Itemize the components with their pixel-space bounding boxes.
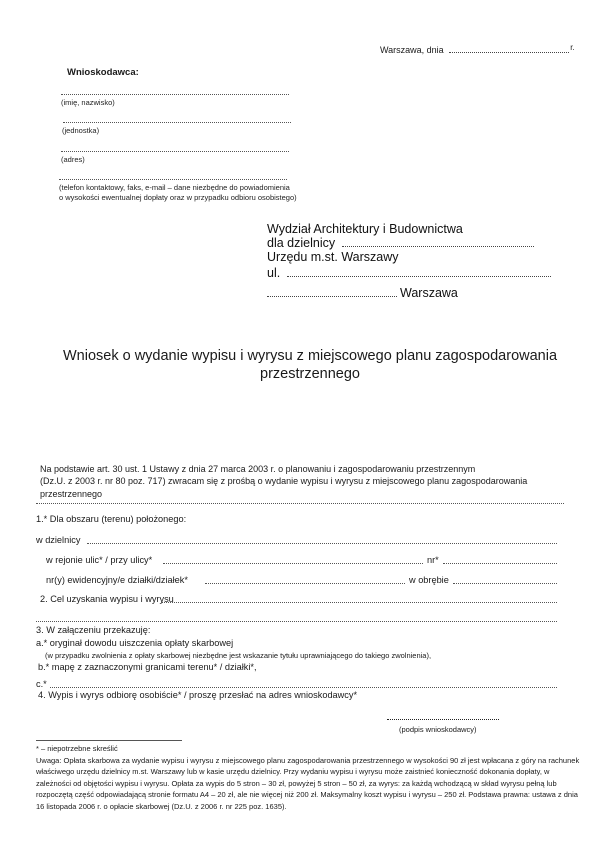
intro-paragraph: Na podstawie art. 30 ust. 1 Ustawy z dni… (40, 463, 580, 500)
number-field[interactable] (443, 563, 557, 564)
intro-line-3: przestrzennego (40, 488, 580, 500)
intro-line-2: (Dz.U. z 2003 r. nr 80 poz. 717) zwracam… (40, 475, 580, 487)
recipient-street-label: ul. (267, 266, 280, 280)
recipient-city-label: Warszawa (400, 286, 458, 300)
signature-field[interactable] (387, 719, 499, 720)
signature-label: (podpis wnioskodawcy) (399, 725, 477, 734)
attachment-b: b.* mapę z zaznaczonymi granicami terenu… (38, 662, 257, 672)
parcel-label: nr(y) ewidencyjny/e działki/działek* (46, 575, 188, 585)
attachment-c-label: c.* (36, 679, 47, 689)
recipient-street-line: ul. (267, 266, 551, 280)
section-1-heading: 1.* Dla obszaru (terenu) położonego: (36, 514, 186, 524)
district-label: w dzielnicy (36, 535, 80, 545)
applicant-address-label: (adres) (61, 155, 85, 164)
applicant-name-field[interactable] (61, 94, 289, 95)
district-field[interactable] (87, 543, 557, 544)
intro-line-1: Na podstawie art. 30 ust. 1 Ustawy z dni… (40, 463, 580, 475)
precinct-field[interactable] (453, 583, 557, 584)
attachment-c-field[interactable] (50, 687, 557, 688)
section-2-heading: 2. Cel uzyskania wypisu i wyrysu (40, 594, 174, 604)
document-title: Wniosek o wydanie wypisu i wyrysu z miej… (40, 347, 580, 383)
street-label: w rejonie ulic* / przy ulicy* (46, 555, 152, 565)
recipient-department: Wydział Architektury i Budownictwa (267, 222, 463, 236)
parcel-field[interactable] (205, 583, 405, 584)
date-suffix: r. (570, 43, 574, 52)
document-title-line-2: przestrzennego (40, 365, 580, 383)
recipient-city-line: Warszawa (267, 286, 458, 300)
intro-continuation-field[interactable] (36, 503, 564, 504)
applicant-name-label: (imię, nazwisko) (61, 98, 115, 107)
number-label: nr* (427, 555, 439, 565)
attachment-a-note: (w przypadku zwolnienia z opłaty skarbow… (45, 651, 431, 660)
recipient-street-field[interactable] (287, 275, 551, 277)
purpose-field[interactable] (162, 602, 557, 603)
street-field[interactable] (163, 563, 423, 564)
recipient-district-line: dla dzielnicy (267, 236, 534, 250)
recipient-postcode-field[interactable] (267, 295, 397, 297)
applicant-contact-label-2: o wysokości ewentualnej dopłaty oraz w p… (59, 193, 297, 202)
recipient-office: Urzędu m.st. Warszawy (267, 250, 399, 264)
applicant-contact-label-1: (telefon kontaktowy, faks, e-mail – dane… (59, 183, 290, 192)
applicant-title: Wnioskodawca: (67, 67, 139, 78)
applicant-contact-field[interactable] (59, 179, 287, 180)
date-field[interactable] (449, 51, 569, 53)
applicant-address-field[interactable] (61, 151, 289, 152)
footnotes: * – niepotrzebne skreślić Uwaga: Opłata … (36, 743, 586, 812)
precinct-label: w obrębie (409, 575, 449, 585)
applicant-unit-field[interactable] (63, 122, 291, 123)
footnote-divider (36, 740, 182, 741)
document-title-line-1: Wniosek o wydanie wypisu i wyrysu z miej… (40, 347, 580, 365)
applicant-unit-label: (jednostka) (62, 126, 99, 135)
purpose-field-continuation[interactable] (36, 621, 557, 622)
recipient-district-field[interactable] (342, 245, 534, 247)
attachment-a: a.* oryginał dowodu uiszczenia opłaty sk… (36, 638, 233, 648)
footnote-asterisk: * – niepotrzebne skreślić (36, 743, 586, 755)
section-3-heading: 3. W załączeniu przekazuję: (36, 625, 150, 635)
place-date-label: Warszawa, dnia (380, 45, 444, 55)
footnote-fee-note: Uwaga: Opłata skarbowa za wydanie wypisu… (36, 755, 586, 813)
section-4-delivery: 4. Wypis i wyrys odbiorę osobiście* / pr… (38, 690, 357, 700)
recipient-district-label: dla dzielnicy (267, 236, 335, 250)
place-date-line: Warszawa, dnia r. (380, 45, 575, 55)
